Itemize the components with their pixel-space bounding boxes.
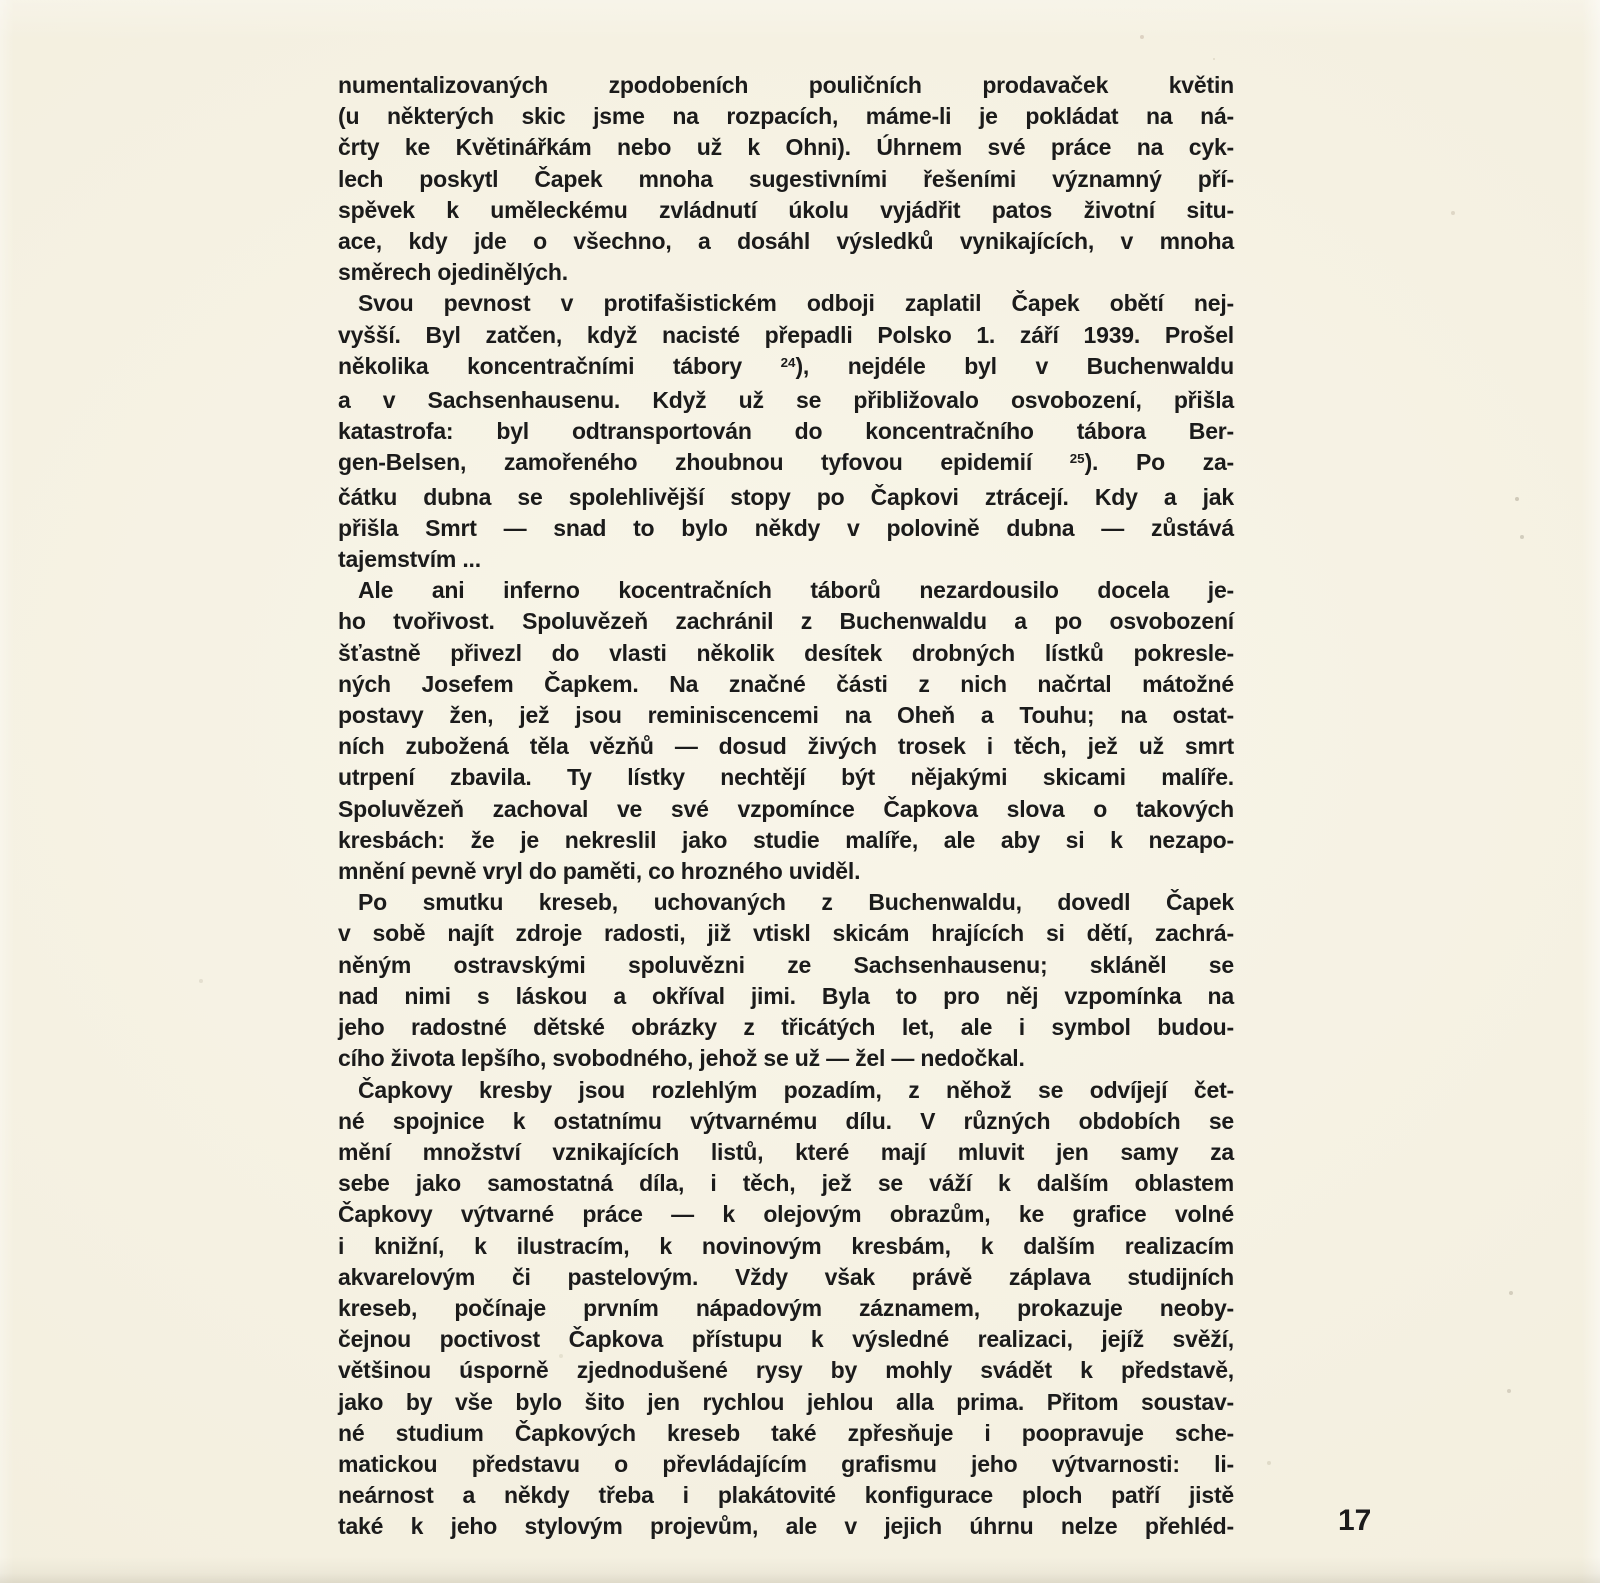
text-line: né spojnice k ostatnímu výtvarnému dílu.… xyxy=(338,1106,1234,1137)
text-line: ních zubožená těla vězňů — dosud živých … xyxy=(338,731,1234,762)
text-line: většinou úsporně zjednodušené rysy by mo… xyxy=(338,1355,1234,1386)
footnote-ref: 24 xyxy=(781,355,796,370)
text-line: né studium Čapkových kreseb také zpřesňu… xyxy=(338,1418,1234,1449)
text-line: několika koncentračními tábory 24), nejd… xyxy=(338,351,1234,385)
text-line: postavy žen, jež jsou reminiscencemi na … xyxy=(338,700,1234,731)
text-line: čátku dubna se spolehlivější stopy po Ča… xyxy=(338,482,1234,513)
text-line: Čapkovy kresby jsou rozlehlým pozadím, z… xyxy=(338,1075,1234,1106)
text-line: katastrofa: byl odtransportován do konce… xyxy=(338,416,1234,447)
text-line: mění množství vznikajících listů, které … xyxy=(338,1137,1234,1168)
text-line: akvarelovým či pastelovým. Vždy však prá… xyxy=(338,1262,1234,1293)
text-line: směrech ojedinělých. xyxy=(338,257,1234,288)
text-line: v sobě najít zdroje radosti, již vtiskl … xyxy=(338,918,1234,949)
text-line: neárnost a někdy třeba i plakátovité kon… xyxy=(338,1480,1234,1511)
text-line: jeho radostné dětské obrázky z třicátých… xyxy=(338,1012,1234,1043)
text-line: čejnou poctivost Čapkova přístupu k výsl… xyxy=(338,1324,1234,1355)
paragraph: Svou pevnost v protifašistickém odboji z… xyxy=(338,288,1234,575)
text-line: ace, kdy jde o všechno, a dosáhl výsledk… xyxy=(338,226,1234,257)
text-line: šťastně přivezl do vlasti několik desíte… xyxy=(338,638,1234,669)
text-line: vyšší. Byl zatčen, když nacisté přepadli… xyxy=(338,320,1234,351)
text-line: ných Josefem Čapkem. Na značné části z n… xyxy=(338,669,1234,700)
text-line: a v Sachsenhausenu. Když už se přibližov… xyxy=(338,385,1234,416)
footnote-ref: 25 xyxy=(1070,451,1085,466)
text-line: také k jeho stylovým projevům, ale v jej… xyxy=(338,1511,1234,1542)
text-line: i knižní, k ilustracím, k novinovým kres… xyxy=(338,1231,1234,1262)
text-line: (u některých skic jsme na rozpacích, mám… xyxy=(338,101,1234,132)
text-line: črty ke Květinářkám nebo už k Ohni). Úhr… xyxy=(338,132,1234,163)
text-line: přišla Smrt — snad to bylo někdy v polov… xyxy=(338,513,1234,544)
text-line: jako by vše bylo šito jen rychlou jehlou… xyxy=(338,1387,1234,1418)
text-line: Ale ani inferno kocentračních táborů nez… xyxy=(338,575,1234,606)
text-line: matickou představu o převládajícím grafi… xyxy=(338,1449,1234,1480)
text-line: spěvek k uměleckému zvládnutí úkolu vyjá… xyxy=(338,195,1234,226)
text-line: gen-Belsen, zamořeného zhoubnou tyfovou … xyxy=(338,447,1234,481)
text-line: sebe jako samostatná díla, i těch, jež s… xyxy=(338,1168,1234,1199)
paper-specks xyxy=(0,0,2,2)
text-line: Spoluvězeň zachoval ve své vzpomínce Čap… xyxy=(338,794,1234,825)
page-number: 17 xyxy=(1338,1506,1371,1536)
text-line: numentalizovaných zpodobeních pouličních… xyxy=(338,70,1234,101)
paragraph: numentalizovaných zpodobeních pouličních… xyxy=(338,70,1234,288)
text-line: tajemstvím ... xyxy=(338,544,1234,575)
text-block: numentalizovaných zpodobeních pouličních… xyxy=(338,70,1234,1543)
text-line: Čapkovy výtvarné práce — k olejovým obra… xyxy=(338,1199,1234,1230)
text-line: lech poskytl Čapek mnoha sugestivními ře… xyxy=(338,164,1234,195)
book-page: numentalizovaných zpodobeních pouličních… xyxy=(0,0,1600,1583)
text-line: kreseb, počínaje prvním nápadovým záznam… xyxy=(338,1293,1234,1324)
text-line: Po smutku kreseb, uchovaných z Buchenwal… xyxy=(338,887,1234,918)
text-line: ho tvořivost. Spoluvězeň zachránil z Buc… xyxy=(338,606,1234,637)
text-line: nad nimi s láskou a okříval jimi. Byla t… xyxy=(338,981,1234,1012)
paragraph: Ale ani inferno kocentračních táborů nez… xyxy=(338,575,1234,887)
text-line: Svou pevnost v protifašistickém odboji z… xyxy=(338,288,1234,319)
text-line: utrpení zbavila. Ty lístky nechtějí být … xyxy=(338,762,1234,793)
text-line: kresbách: že je nekreslil jako studie ma… xyxy=(338,825,1234,856)
paragraph: Po smutku kreseb, uchovaných z Buchenwal… xyxy=(338,887,1234,1074)
paragraph: Čapkovy kresby jsou rozlehlým pozadím, z… xyxy=(338,1075,1234,1543)
text-line: něným ostravskými spoluvězni ze Sachsenh… xyxy=(338,950,1234,981)
text-line: mnění pevně vryl do paměti, co hrozného … xyxy=(338,856,1234,887)
text-line: cího života lepšího, svobodného, jehož s… xyxy=(338,1043,1234,1074)
